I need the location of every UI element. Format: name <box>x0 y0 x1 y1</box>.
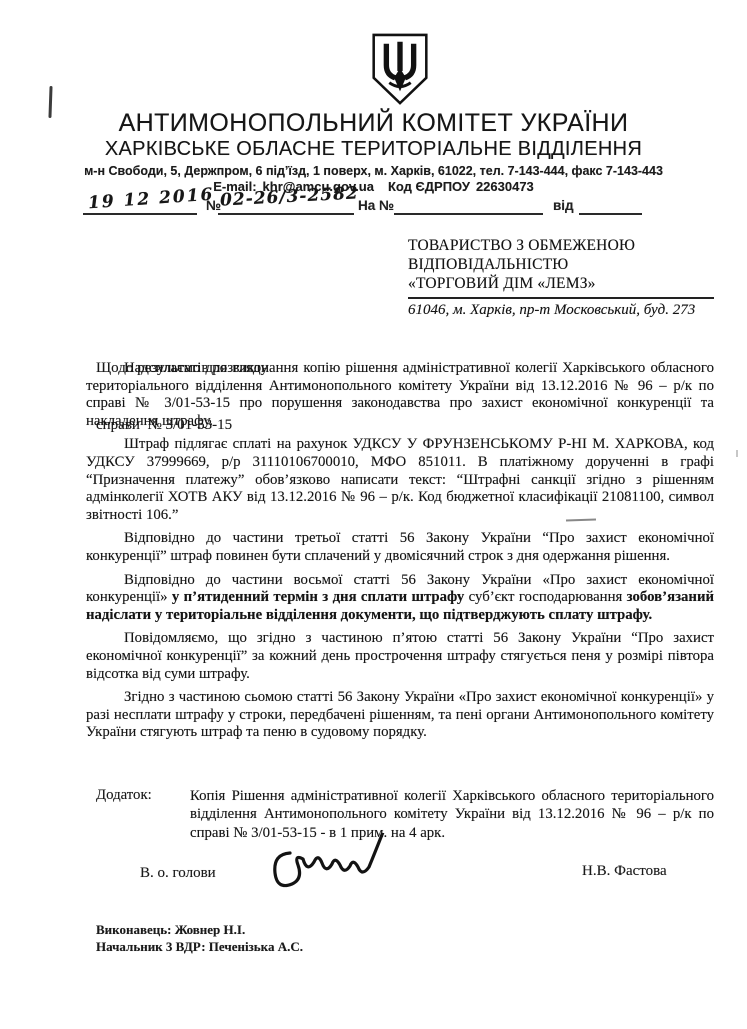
org-address-line: м-н Свободи, 5, Держпром, 6 під’їзд, 1 п… <box>0 164 747 178</box>
number-underline <box>218 213 354 215</box>
reply-to-label: На № <box>358 198 394 213</box>
signer-name: Н.В. Фастова <box>582 863 667 880</box>
number-label: № <box>206 198 221 213</box>
paragraph-5: Повідомляємо, що згідно з частиною п’ято… <box>86 630 714 683</box>
reply-number-underline <box>394 213 543 215</box>
attachment-label: Додаток: <box>96 787 152 804</box>
paragraph-6: Згідно з частиною сьомою статті 56 Закон… <box>86 689 714 742</box>
edrpou-value: 22630473 <box>476 179 534 194</box>
recipient-address: 61046, м. Харків, пр-т Московський, буд.… <box>408 302 714 319</box>
from-date-underline <box>579 213 642 215</box>
paragraph-4: Відповідно до частини восьмої статті 56 … <box>86 572 714 625</box>
recipient-name-line2: ВІДПОВІДАЛЬНІСТЮ <box>408 255 714 274</box>
paragraph-2: Штраф підлягає сплаті на рахунок УДКСУ У… <box>86 436 714 524</box>
tryzub-emblem-icon <box>363 32 437 108</box>
paragraph-4-bold-1: у п’ятиденний термін з дня сплати штрафу <box>172 589 464 605</box>
letter-body: Надсилаємо для виконання копію рішення а… <box>86 360 714 748</box>
executor-line: Виконавець: Жовнер Н.І. <box>96 922 303 939</box>
footer-block: Виконавець: Жовнер Н.І. Начальник 3 ВДР:… <box>96 922 303 955</box>
recipient-block: ТОВАРИСТВО З ОБМЕЖЕНОЮ ВІДПОВІДАЛЬНІСТЮ … <box>408 236 714 319</box>
org-branch: ХАРКІВСЬКЕ ОБЛАСНЕ ТЕРИТОРІАЛЬНЕ ВІДДІЛЕ… <box>0 138 747 161</box>
paragraph-4-regular-2: суб’єкт господарювання <box>464 589 626 605</box>
handwritten-signature <box>260 833 386 899</box>
signer-position: В. о. голови <box>140 865 216 882</box>
date-underline <box>83 213 197 215</box>
paragraph-3: Відповідно до частини третьої статті 56 … <box>86 530 714 565</box>
org-name: АНТИМОНОПОЛЬНИЙ КОМІТЕТ УКРАЇНИ <box>0 109 747 138</box>
recipient-name-line3: «ТОРГОВИЙ ДІМ «ЛЕМЗ» <box>408 274 714 293</box>
scanned-letter-page: АНТИМОНОПОЛЬНИЙ КОМІТЕТ УКРАЇНИ ХАРКІВСЬ… <box>0 0 747 1029</box>
department-head-line: Начальник 3 ВДР: Печенізька А.С. <box>96 939 303 956</box>
paragraph-1: Надсилаємо для виконання копію рішення а… <box>86 360 714 430</box>
edrpou-label: Код ЄДРПОУ <box>388 179 470 194</box>
recipient-name-line1: ТОВАРИСТВО З ОБМЕЖЕНОЮ <box>408 236 714 255</box>
recipient-divider-rule <box>408 297 714 299</box>
scan-artifact-speck <box>736 450 738 457</box>
from-date-label: від <box>553 198 574 213</box>
